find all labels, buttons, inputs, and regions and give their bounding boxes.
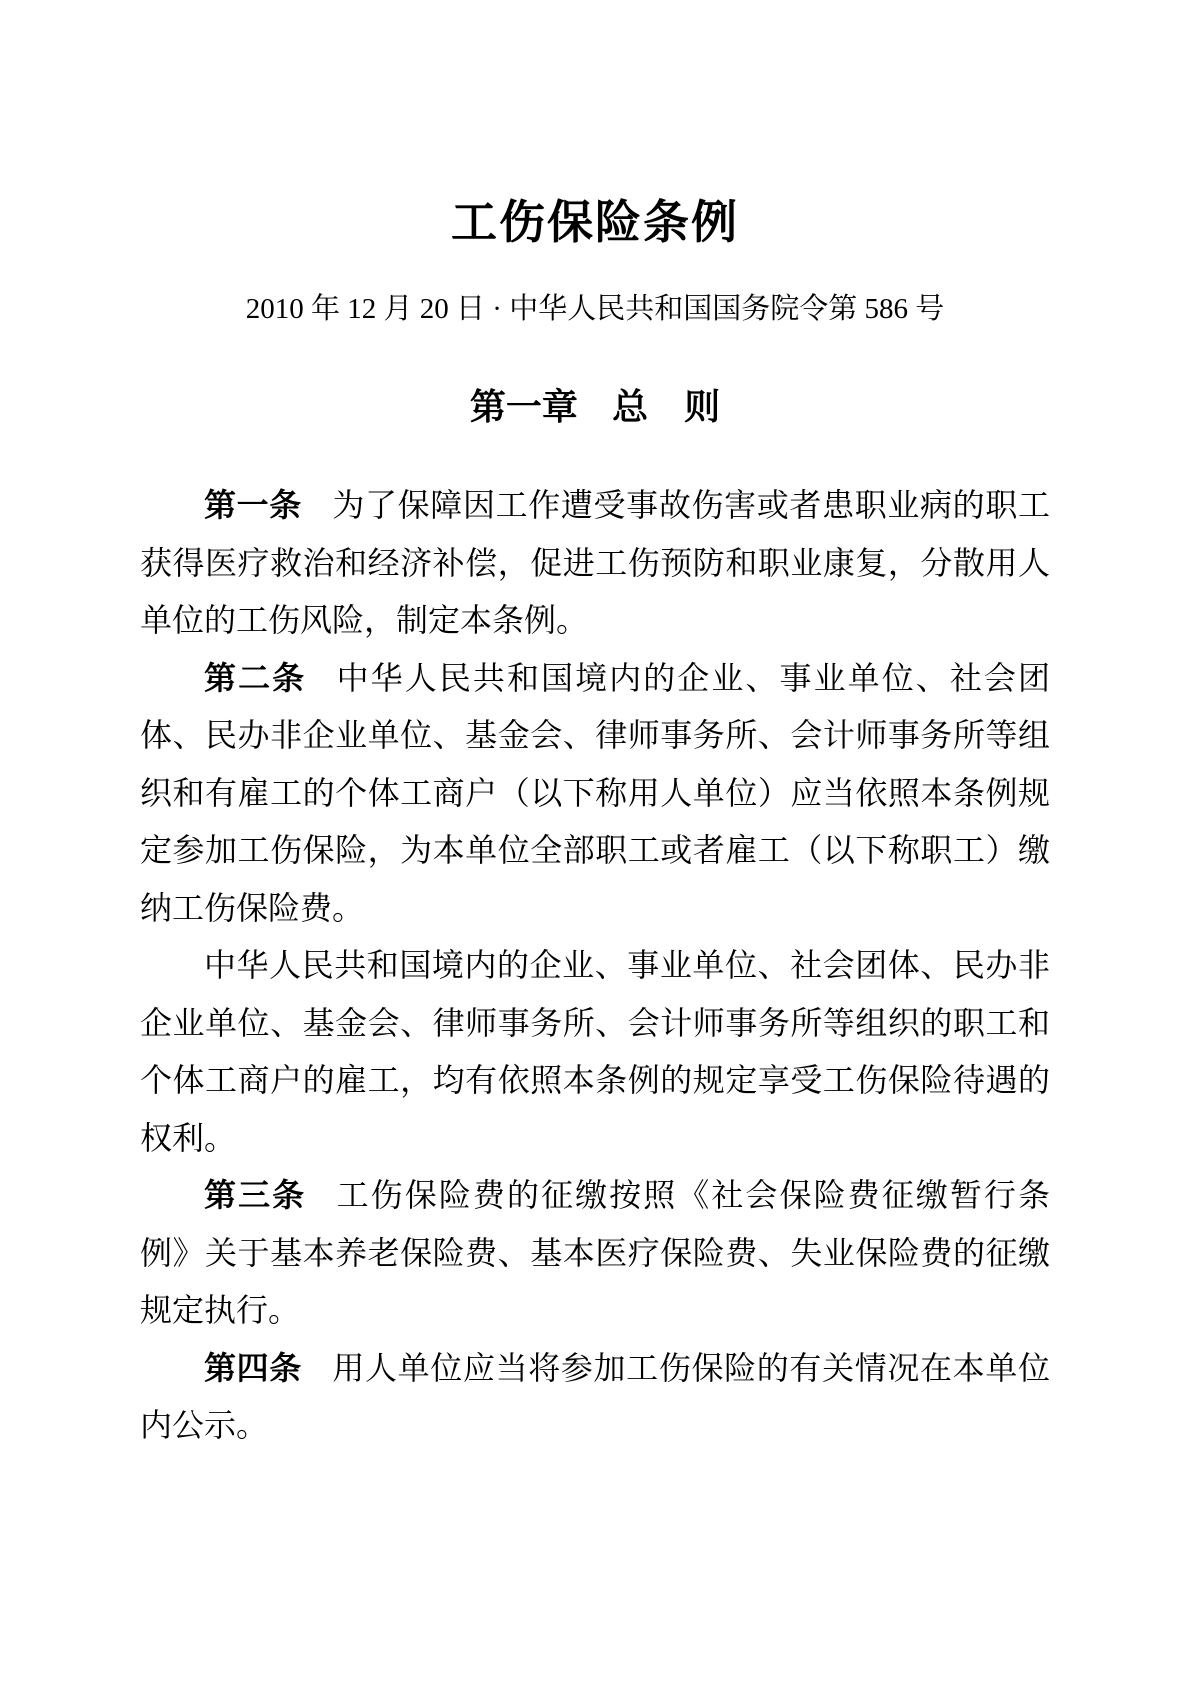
article-number: 第三条 xyxy=(204,1177,306,1213)
document-subtitle: 2010 年 12 月 20 日 · 中华人民共和国国务院令第 586 号 xyxy=(140,293,1050,326)
document-page: 工伤保险条例 2010 年 12 月 20 日 · 中华人民共和国国务院令第 5… xyxy=(0,0,1190,1683)
article-paragraph: 中华人民共和国境内的企业、事业单位、社会团体、民办非企业单位、基金会、律师事务所… xyxy=(140,937,1050,1167)
document-title: 工伤保险条例 xyxy=(140,198,1050,249)
article-paragraph: 第四条用人单位应当将参加工伤保险的有关情况在本单位内公示。 xyxy=(140,1340,1050,1455)
document-body: 第一条为了保障因工作遭受事故伤害或者患职业病的职工获得医疗救治和经济补偿，促进工… xyxy=(140,477,1050,1455)
article-paragraph: 第二条中华人民共和国境内的企业、事业单位、社会团体、民办非企业单位、基金会、律师… xyxy=(140,650,1050,938)
article-paragraph: 第三条工伤保险费的征缴按照《社会保险费征缴暂行条例》关于基本养老保险费、基本医疗… xyxy=(140,1167,1050,1340)
chapter-title: 总 则 xyxy=(612,386,720,427)
article-number: 第一条 xyxy=(204,487,302,523)
article-paragraph: 第一条为了保障因工作遭受事故伤害或者患职业病的职工获得医疗救治和经济补偿，促进工… xyxy=(140,477,1050,650)
article-number: 第四条 xyxy=(204,1350,302,1386)
chapter-heading: 第一章总 则 xyxy=(140,386,1050,427)
chapter-number: 第一章 xyxy=(470,386,578,427)
article-number: 第二条 xyxy=(204,660,306,696)
